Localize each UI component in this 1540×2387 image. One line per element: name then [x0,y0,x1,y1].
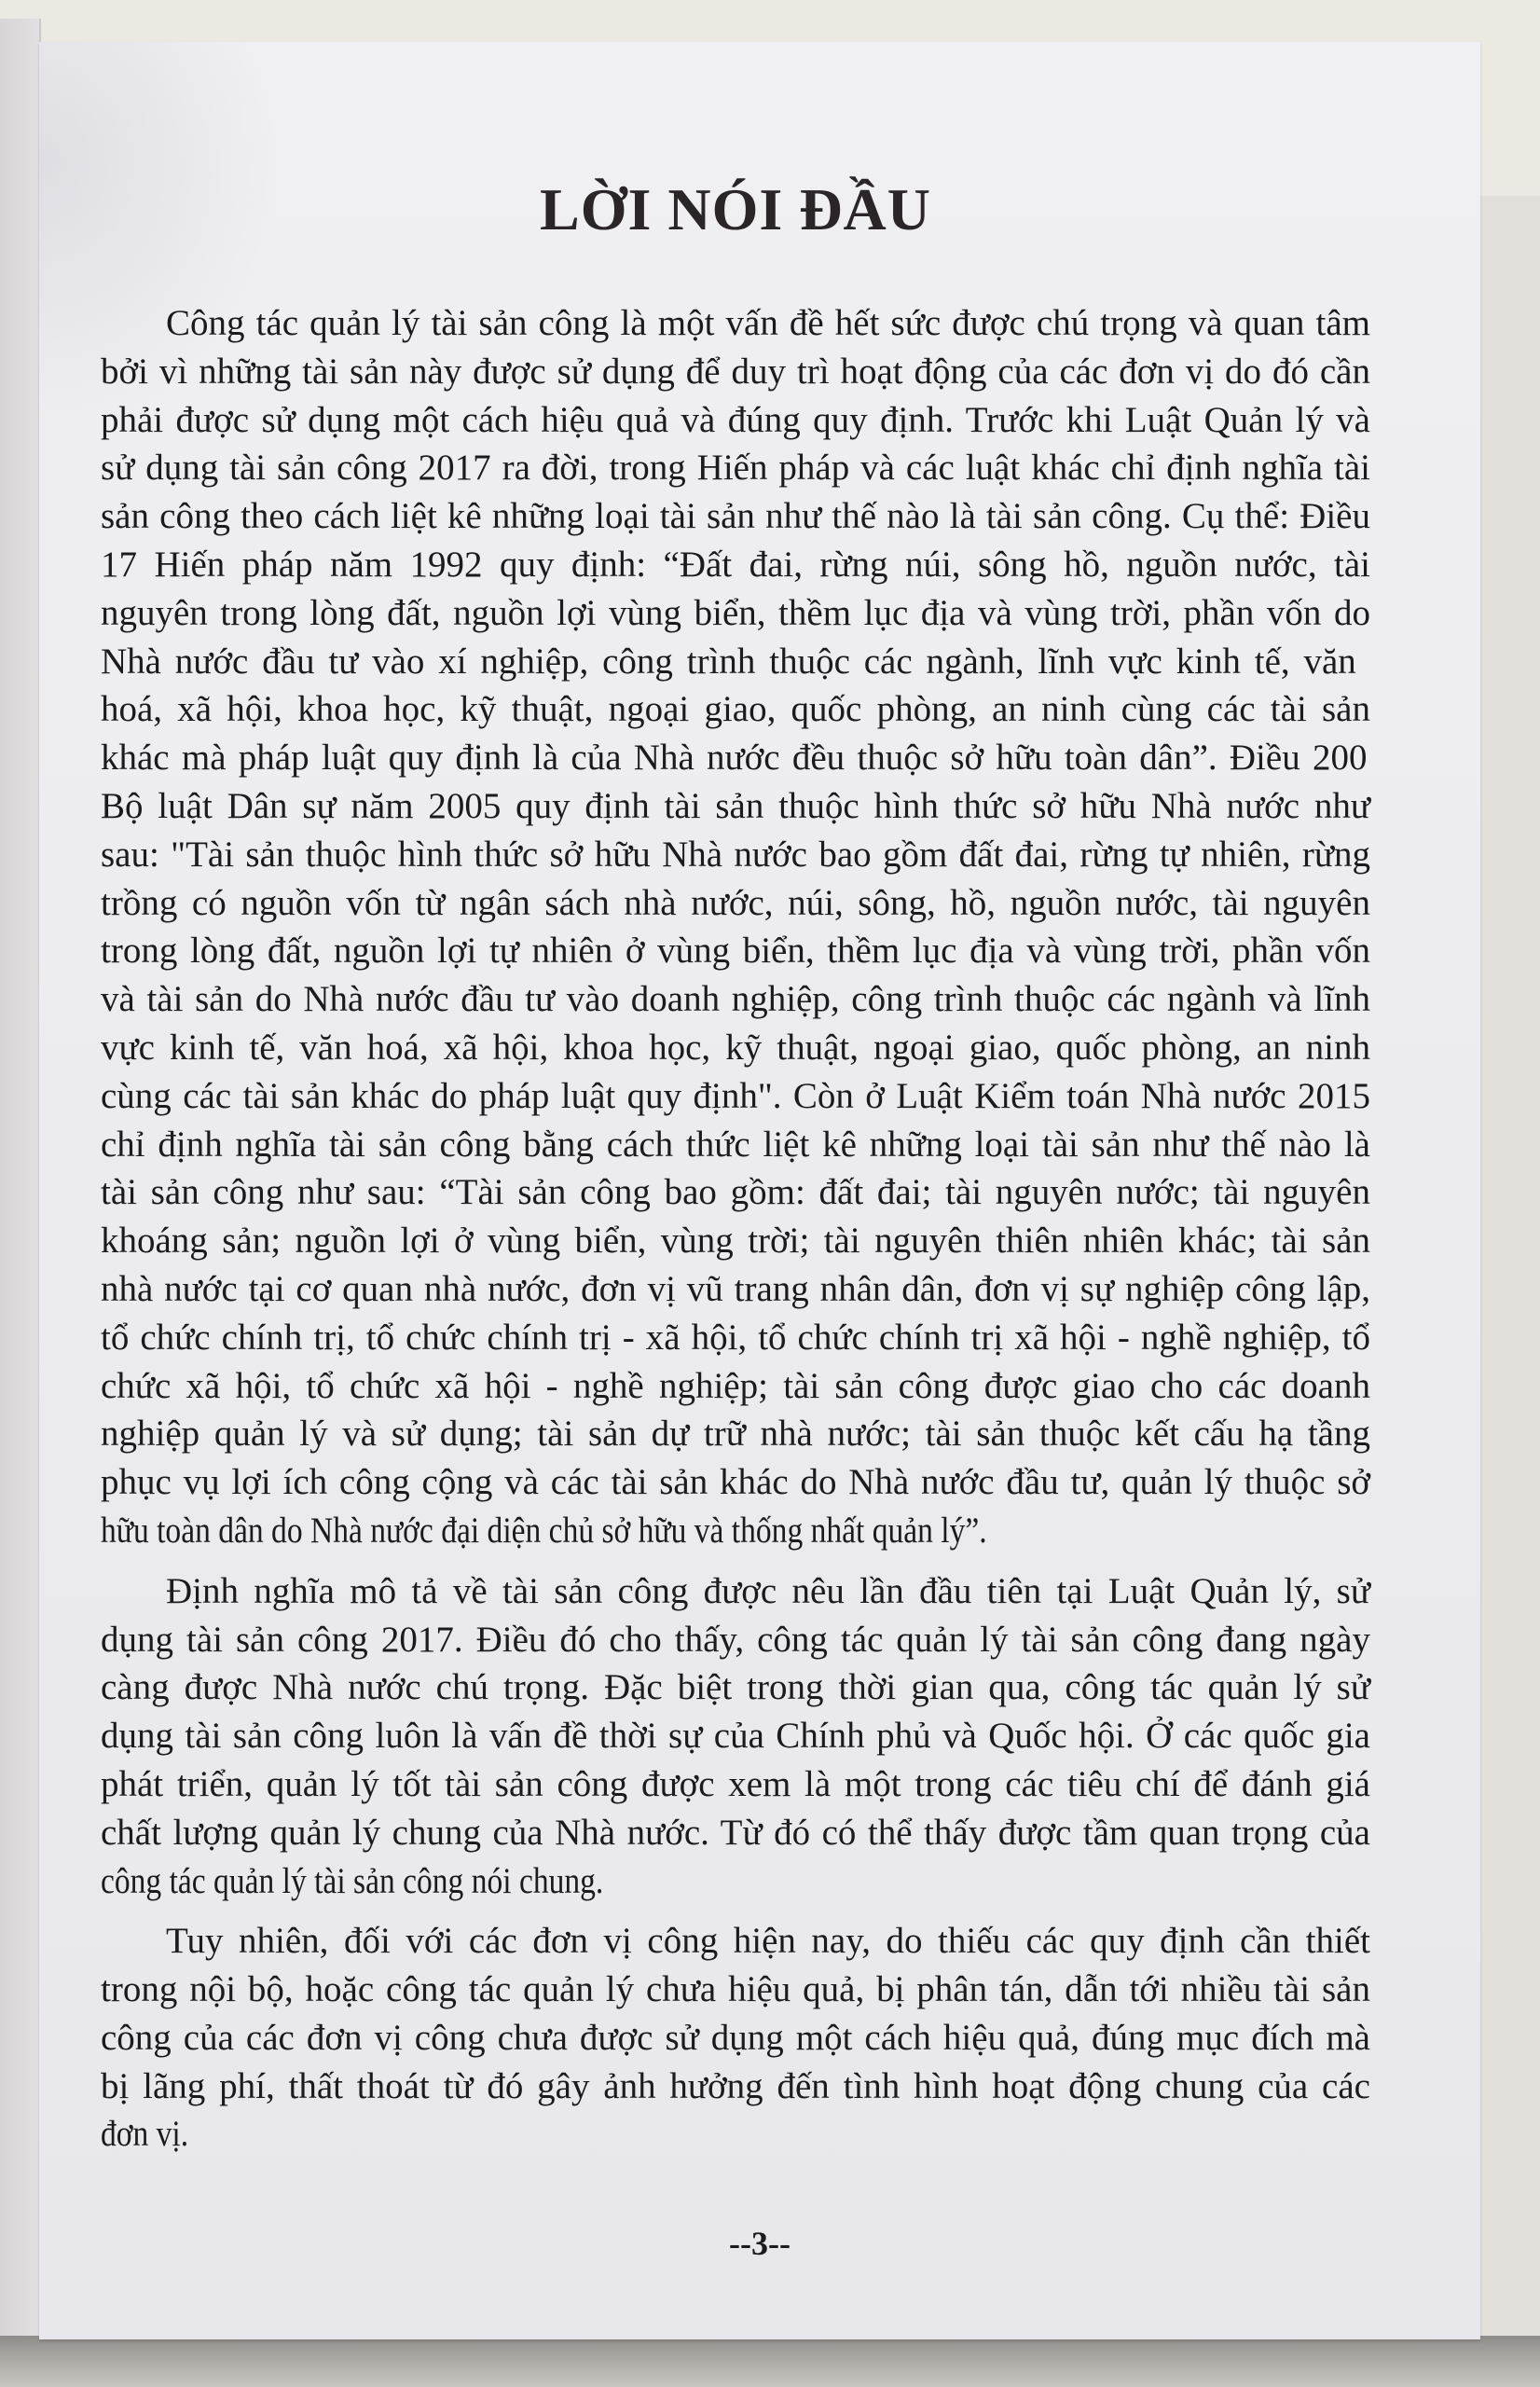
text-line: bị lãng phí, thất thoát từ đó gây ảnh hư… [101,2063,1370,2111]
adjacent-page-edge [0,19,41,2387]
text-line: trong nội bộ, hoặc công tác quản lý chưa… [101,1966,1370,2014]
text-line: chức xã hội, tổ chức xã hội - nghề nghiệ… [101,1362,1370,1411]
text-line: bởi vì những tài sản này được sử dụng để… [101,348,1370,396]
page-number: --3-- [39,2224,1480,2263]
text-line: Định nghĩa mô tả về tài sản công được nê… [101,1567,1370,1616]
background-surface [1480,196,1540,2387]
text-line: chỉ định nghĩa tài sản công bằng cách th… [101,1121,1370,1169]
text-line: Công tác quản lý tài sản công là một vấn… [101,299,1370,348]
text-line: và tài sản do Nhà nước đầu tư vào doanh … [101,975,1370,1024]
text-line: 17 Hiến pháp năm 1992 quy định: “Đất đai… [101,541,1370,589]
text-line: sử dụng tài sản công 2017 ra đời, trong … [101,444,1370,492]
paragraph-2: Định nghĩa mô tả về tài sản công được nê… [101,1567,1370,1906]
text-line: Bộ luật Dân sự năm 2005 quy định tài sản… [101,782,1370,831]
text-line: sau: "Tài sản thuộc hình thức sở hữu Nhà… [101,831,1370,879]
text-line: tổ chức chính trị, tổ chức chính trị - x… [101,1314,1370,1362]
text-line: Tuy nhiên, đối với các đơn vị công hiện … [101,1917,1370,1966]
text-line: chất lượng quản lý chung của Nhà nước. T… [101,1809,1370,1857]
text-line: dụng tài sản công luôn là vấn đề thời sự… [101,1712,1370,1760]
page-body: Công tác quản lý tài sản công là một vấn… [101,299,1370,2171]
page-shadow [0,2336,1540,2387]
page-title: LỜI NÓI ĐẦU [101,172,1370,247]
text-line: trong lòng đất, nguồn lợi tự nhiên ở vùn… [101,927,1370,975]
text-line: công của các đơn vị công chưa được sử dụ… [101,2014,1370,2063]
text-line: càng được Nhà nước chú trọng. Đặc biệt t… [101,1663,1370,1712]
text-line: nhà nước tại cơ quan nhà nước, đơn vị vũ… [101,1265,1370,1314]
paragraph-1: Công tác quản lý tài sản công là một vấn… [101,299,1370,1555]
text-line: sản công theo cách liệt kê những loại tà… [101,492,1370,541]
text-line: vực kinh tế, văn hoá, xã hội, khoa học, … [101,1024,1370,1072]
paragraph-3: Tuy nhiên, đối với các đơn vị công hiện … [101,1917,1370,2159]
text-line: hữu toàn dân do Nhà nước đại diện chủ sở… [101,1507,1370,1555]
text-line: cùng các tài sản khác do pháp luật quy đ… [101,1072,1370,1121]
text-line: công tác quản lý tài sản công nói chung. [101,1857,1370,1906]
text-line: phục vụ lợi ích công cộng và các tài sản… [101,1458,1370,1507]
book-page: LỜI NÓI ĐẦU Công tác quản lý tài sản côn… [39,42,1480,2339]
text-line: khác mà pháp luật quy định là của Nhà nư… [101,734,1370,782]
text-line: tài sản công như sau: “Tài sản công bao … [101,1168,1370,1217]
text-line: Nhà nước đầu tư vào xí nghiệp, công trìn… [101,638,1370,686]
text-line: nghiệp quản lý và sử dụng; tài sản dự tr… [101,1410,1370,1458]
text-line: đơn vị. [101,2110,1370,2159]
text-line: phải được sử dụng một cách hiệu quả và đ… [101,396,1370,445]
text-line: nguyên trong lòng đất, nguồn lợi vùng bi… [101,589,1370,638]
text-line: dụng tài sản công 2017. Điều đó cho thấy… [101,1616,1370,1664]
text-line: hoá, xã hội, khoa học, kỹ thuật, ngoại g… [101,685,1370,734]
text-line: khoáng sản; nguồn lợi ở vùng biển, vùng … [101,1217,1370,1265]
text-line: phát triển, quản lý tốt tài sản công đượ… [101,1760,1370,1809]
text-line: trồng có nguồn vốn từ ngân sách nhà nước… [101,879,1370,928]
